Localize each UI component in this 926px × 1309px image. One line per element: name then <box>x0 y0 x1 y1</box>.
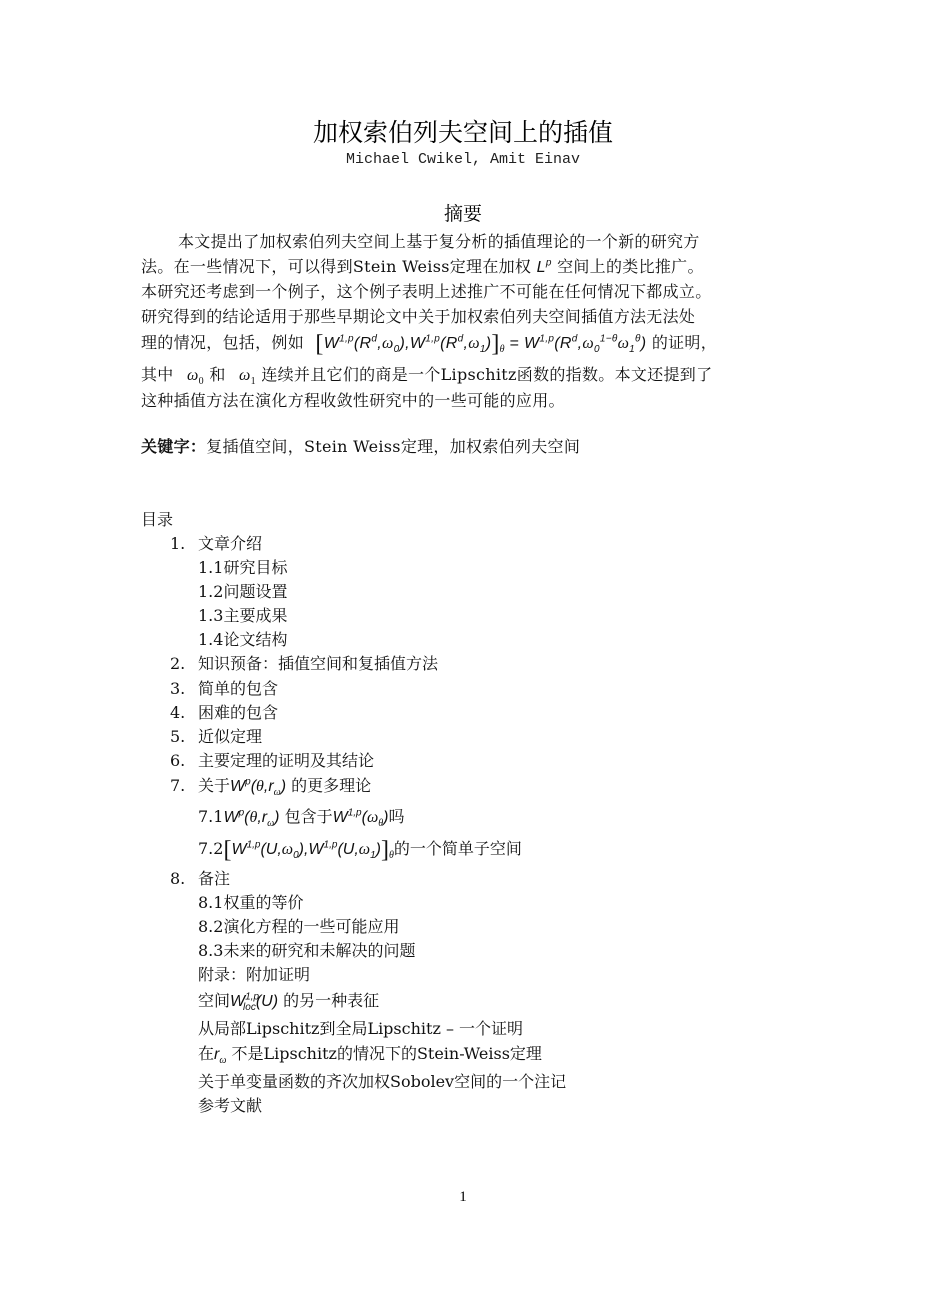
toc-item[interactable]: 5.近似定理 <box>170 724 262 747</box>
document-title: 加权索伯列夫空间上的插值 <box>0 113 926 149</box>
toc-item[interactable]: 7.1Wp(θ,rω) 包含于W1,p(ωθ)吗 <box>198 804 405 827</box>
abstract-line-1: 本文提出了加权索伯列夫空间上基于复分析的插值理论的一个新的研究方 <box>178 229 700 252</box>
toc-item[interactable]: 1.1研究目标 <box>198 555 287 578</box>
toc-item[interactable]: 1.文章介绍 <box>170 531 262 554</box>
formula-wp: Wp(θ,rω) <box>230 778 286 795</box>
abstract-line-4: 研究得到的结论适用于那些早期论文中关于加权索伯列夫空间插值方法无法处 <box>141 304 695 327</box>
page-number: 1 <box>0 1189 926 1206</box>
toc-item[interactable]: 从局部Lipschitz到全局Lipschitz – 一个证明 <box>198 1016 523 1039</box>
toc-item[interactable]: 8.3未来的研究和未解决的问题 <box>198 938 415 961</box>
toc-item[interactable]: 3.简单的包含 <box>170 676 278 699</box>
formula-omega0: ω0 <box>187 367 204 384</box>
formula-w1p: W1,p(ωθ) <box>333 809 389 826</box>
abstract-heading: 摘要 <box>0 199 926 226</box>
formula-omega1: ω1 <box>239 367 256 384</box>
toc-item[interactable]: 在rω 不是Lipschitz的情况下的Stein-Weiss定理 <box>198 1041 542 1064</box>
formula-wp: Wp(θ,rω) <box>223 809 279 826</box>
toc-item[interactable]: 参考文献 <box>198 1093 262 1116</box>
toc-item[interactable]: 1.4论文结构 <box>198 627 287 650</box>
formula-r-omega: rω <box>214 1046 226 1063</box>
abstract-line-5: 理的情况，包括，例如 [W1,p(Rd,ω0),W1,p(Rd,ω1)]θ = … <box>141 330 717 358</box>
toc-item[interactable]: 7.关于Wp(θ,rω) 的更多理论 <box>170 773 371 796</box>
abstract-line-6: 其中 ω0 和 ω1 连续并且它们的商是一个Lipschitz函数的指数。本文还… <box>141 362 712 385</box>
keywords-text: 复插值空间，Stein Weiss定理，加权索伯列夫空间 <box>206 437 580 456</box>
toc-item[interactable]: 8.2演化方程的一些可能应用 <box>198 914 399 937</box>
toc-item[interactable]: 6.主要定理的证明及其结论 <box>170 748 374 771</box>
toc-item[interactable]: 1.2问题设置 <box>198 579 287 602</box>
toc-item[interactable]: 4.困难的包含 <box>170 700 278 723</box>
abstract-line-2: 法。在一些情况下，可以得到Stein Weiss定理在加权 Lp 空间上的类比推… <box>141 254 704 277</box>
formula-main: [W1,p(Rd,ω0),W1,p(Rd,ω1)]θ = W1,p(Rd,ω01… <box>315 335 646 352</box>
keywords-label: 关键字： <box>141 437 206 456</box>
toc-item[interactable]: 8.1权重的等价 <box>198 890 303 913</box>
authors: Michael Cwikel, Amit Einav <box>0 151 926 168</box>
toc-item[interactable]: 7.2[W1,p(U,ω0),W1,p(U,ω1)]θ的一个简单子空间 <box>198 836 522 864</box>
toc-item[interactable]: 关于单变量函数的齐次加权Sobolev空间的一个注记 <box>198 1069 566 1092</box>
formula-wloc: W1,ploc(U) <box>230 993 278 1010</box>
abstract-line-7: 这种插值方法在演化方程收敛性研究中的一些可能的应用。 <box>141 388 565 411</box>
formula-lp: Lp <box>537 259 552 276</box>
formula-interp: [W1,p(U,ω0),W1,p(U,ω1)]θ <box>223 841 393 858</box>
toc-item[interactable]: 空间W1,ploc(U) 的另一种表征 <box>198 988 379 1011</box>
toc-item[interactable]: 附录：附加证明 <box>198 962 310 985</box>
abstract-line-3: 本研究还考虑到一个例子，这个例子表明上述推广不可能在任何情况下都成立。 <box>141 279 712 302</box>
toc-heading: 目录 <box>141 507 173 530</box>
keywords: 关键字：复插值空间，Stein Weiss定理，加权索伯列夫空间 <box>141 434 580 457</box>
toc-item[interactable]: 1.3主要成果 <box>198 603 287 626</box>
toc-item[interactable]: 2.知识预备：插值空间和复插值方法 <box>170 651 438 674</box>
toc-item[interactable]: 8.备注 <box>170 866 230 889</box>
